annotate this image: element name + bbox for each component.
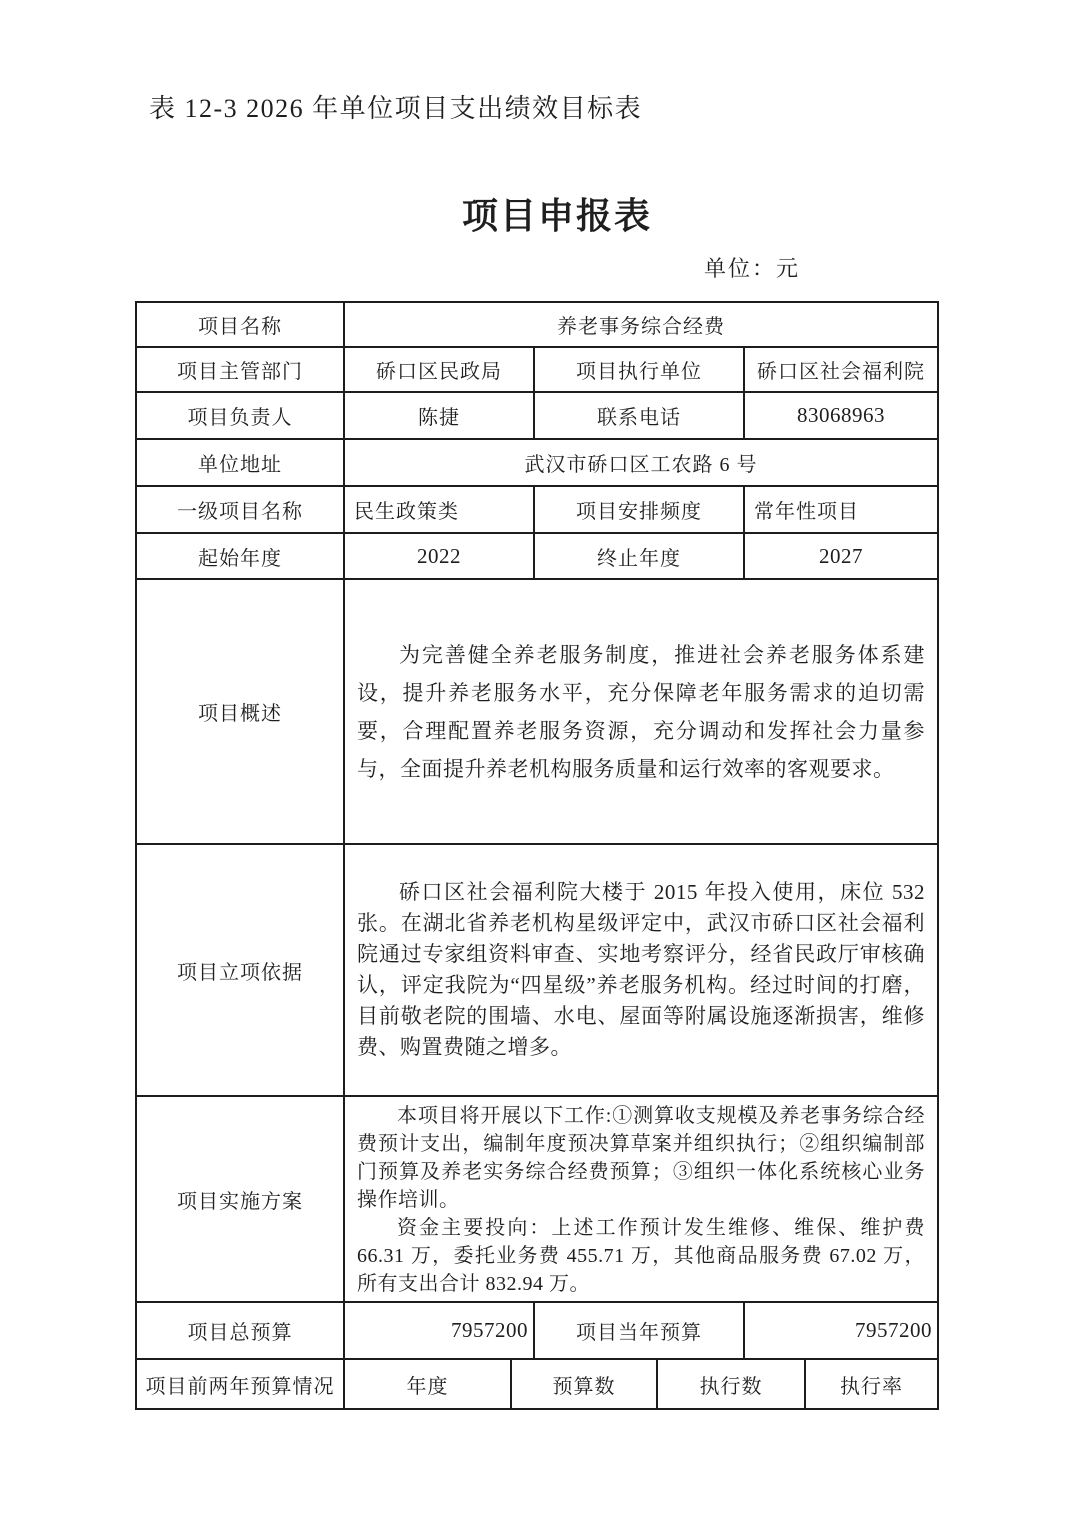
execution-rate-column-header: 执行率 [806,1360,937,1408]
plan-paragraph-2: 资金主要投向：上述工作预计发生维修、维保、维护费 66.31 万，委托业务费 4… [357,1214,925,1298]
project-name-row: 项目名称 养老事务综合经费 [137,303,937,348]
project-leader-label: 项目负责人 [137,393,345,438]
executing-unit-label: 项目执行单位 [535,348,745,391]
project-declaration-table: 项目名称 养老事务综合经费 项目主管部门 硚口区民政局 项目执行单位 硚口区社会… [135,301,939,1410]
project-overview-value: 为完善健全养老服务制度，推进社会养老服务体系建设，提升养老服务水平，充分保障老年… [345,580,937,843]
unit-address-label: 单位地址 [137,440,345,485]
basis-paragraph: 硚口区社会福利院大楼于 2015 年投入使用，床位 532 张。在湖北省养老机构… [357,877,925,1063]
arrangement-frequency-value: 常年性项目 [745,487,937,532]
contact-phone-label: 联系电话 [535,393,745,438]
overview-paragraph: 为完善健全养老服务制度，推进社会养老服务体系建设，提升养老服务水平，充分保障老年… [357,636,925,788]
category-row: 一级项目名称 民生政策类 项目安排频度 常年性项目 [137,487,937,534]
supervisor-row: 项目主管部门 硚口区民政局 项目执行单位 硚口区社会福利院 [137,348,937,393]
level1-project-name-value: 民生政策类 [345,487,535,532]
address-row: 单位地址 武汉市硚口区工农路 6 号 [137,440,937,487]
basis-row: 项目立项依据 硚口区社会福利院大楼于 2015 年投入使用，床位 532 张。在… [137,845,937,1097]
year-column-header: 年度 [345,1360,512,1408]
document-page: 表 12-3 2026 年单位项目支出绩效目标表 项目申报表 单位：元 项目名称… [0,0,1074,1520]
implementation-plan-value: 本项目将开展以下工作:①测算收支规模及养老事务综合经费预计支出，编制年度预决算草… [345,1097,937,1301]
years-row: 起始年度 2022 终止年度 2027 [137,534,937,580]
plan-paragraph-1: 本项目将开展以下工作:①测算收支规模及养老事务综合经费预计支出，编制年度预决算草… [357,1102,925,1214]
plan-row: 项目实施方案 本项目将开展以下工作:①测算收支规模及养老事务综合经费预计支出，编… [137,1097,937,1303]
implementation-plan-label: 项目实施方案 [137,1097,345,1301]
project-leader-value: 陈捷 [345,393,535,438]
contact-phone-value: 83068963 [745,393,937,438]
end-year-value: 2027 [745,534,937,578]
overview-row: 项目概述 为完善健全养老服务制度，推进社会养老服务体系建设，提升养老服务水平，充… [137,580,937,845]
unit-address-value: 武汉市硚口区工农路 6 号 [345,440,937,485]
total-budget-label: 项目总预算 [137,1303,345,1358]
level1-project-name-label: 一级项目名称 [137,487,345,532]
start-year-label: 起始年度 [137,534,345,578]
unit-note: 单位：元 [704,252,800,283]
project-overview-label: 项目概述 [137,580,345,843]
project-basis-label: 项目立项依据 [137,845,345,1095]
start-year-value: 2022 [345,534,535,578]
supervisor-dept-label: 项目主管部门 [137,348,345,391]
prior-years-row: 项目前两年预算情况 年度 预算数 执行数 执行率 [137,1360,937,1408]
page-title: 项目申报表 [0,188,1074,239]
current-year-budget-value: 7957200 [745,1303,937,1358]
leader-row: 项目负责人 陈捷 联系电话 83068963 [137,393,937,440]
prior-two-years-label: 项目前两年预算情况 [137,1360,345,1408]
end-year-label: 终止年度 [535,534,745,578]
arrangement-frequency-label: 项目安排频度 [535,487,745,532]
execution-amount-column-header: 执行数 [658,1360,806,1408]
total-budget-value: 7957200 [345,1303,535,1358]
executing-unit-value: 硚口区社会福利院 [745,348,937,391]
project-basis-value: 硚口区社会福利院大楼于 2015 年投入使用，床位 532 张。在湖北省养老机构… [345,845,937,1095]
supervisor-dept-value: 硚口区民政局 [345,348,535,391]
current-year-budget-label: 项目当年预算 [535,1303,745,1358]
project-name-value: 养老事务综合经费 [345,303,937,346]
doc-label: 表 12-3 2026 年单位项目支出绩效目标表 [149,88,642,125]
budget-amount-column-header: 预算数 [512,1360,658,1408]
project-name-label: 项目名称 [137,303,345,346]
budget-row: 项目总预算 7957200 项目当年预算 7957200 [137,1303,937,1360]
